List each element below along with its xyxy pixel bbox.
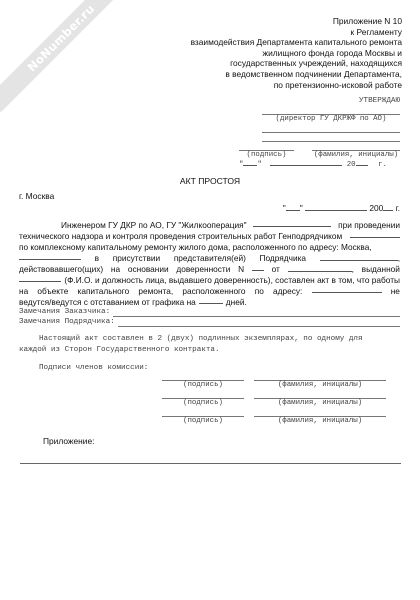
approver-position-caption: (директор ГУ ДКРЖФ по АО) [262,115,400,124]
body-text: технического надзора и контроля проведен… [19,231,342,242]
member-signature-field[interactable]: (подпись) [162,380,244,390]
body-text: выданной [362,264,400,275]
document-title: АКТ ПРОСТОЯ [0,176,420,186]
customer-remarks-field[interactable] [113,309,400,317]
delay-days-field[interactable] [199,297,223,304]
appendix-line: жилищного фонда города Москвы и [102,48,402,59]
act-year-suffix: г. [396,203,400,213]
member-signature-field[interactable]: (подпись) [162,398,244,408]
body-text: при проведении [338,220,400,231]
body-text: присутствии [113,253,160,264]
member-signature-field[interactable]: (подпись) [162,416,244,426]
inspector-name-field[interactable] [253,220,331,227]
body-text: по [255,286,264,297]
approval-title: УТВЕРЖДАЮ [262,96,400,106]
member-name-field[interactable]: (фамилия, инициалы) [254,380,386,390]
approval-day-field[interactable] [243,159,257,166]
body-text: (Ф.И.О. и должность лица, выдавшего дове… [64,275,400,286]
appendix-line: взаимодействия Департамента капитального… [102,37,402,48]
approver-extra-field-1[interactable] [262,124,400,133]
body-text: основании [128,264,169,275]
body-text: Инженером ГУ ДКР по АО, ГУ "Жилкоопераци… [61,220,247,231]
body-text: расположенного [182,286,245,297]
customer-remarks-label: Замечания Заказчика: [19,307,110,317]
body-text: от [272,264,280,275]
act-month-field[interactable] [305,204,367,211]
power-of-attorney-date-field[interactable] [288,265,352,272]
approval-year-suffix: г. [378,161,387,169]
approver-extra-field-2[interactable] [262,133,400,142]
body-text: в [95,253,99,264]
document-date: "" 200 г. [283,203,400,213]
copies-line: Настоящий акт составлен в 2 (двух) подли… [19,334,400,345]
approval-block: УТВЕРЖДАЮ (директор ГУ ДКРЖФ по АО) [262,96,400,142]
contractor-rep-field[interactable] [320,254,398,261]
approval-year-field[interactable] [356,159,368,166]
customer-remarks-row: Замечания Заказчика: [19,307,400,317]
attachment-label: Приложение: [43,436,94,446]
body-text: Подрядчика [260,253,306,264]
document-city: г. Москва [19,191,54,201]
remarks-block: Замечания Заказчика: Замечания Подрядчик… [19,307,400,327]
quote-close: " [300,203,303,213]
act-year-field[interactable] [383,204,393,211]
copies-statement: Настоящий акт составлен в 2 (двух) подли… [19,334,400,356]
member-signature-row: (подпись) (фамилия, инициалы) [162,380,386,398]
appendix-header: Приложение N 10 к Регламенту взаимодейст… [102,16,402,90]
body-text: действовавшего(щих) [19,264,103,275]
body-text: на [111,264,120,275]
contractor-remarks-field[interactable] [118,319,400,327]
contractor-remarks-row: Замечания Подрядчика: [19,317,400,327]
issuer-name-field[interactable] [19,275,61,282]
approval-signature-row: (подпись) (фамилия, инициалы) "" 20 г. [239,150,400,170]
object-address-field[interactable] [312,286,382,293]
approval-date: "" 20 г. [239,159,400,170]
general-contractor-field[interactable] [350,231,400,238]
appendix-line: Приложение N 10 [102,16,402,27]
power-of-attorney-number-field[interactable] [252,264,264,271]
address-field[interactable] [19,253,81,260]
body-text: капитального [78,286,130,297]
body-text: по комплексному капитальному ремонту жил… [19,242,372,253]
body-text: адресу: [273,286,302,297]
act-year-prefix: 200 [369,203,383,213]
member-signature-row: (подпись) (фамилия, инициалы) [162,398,386,416]
attachment-line[interactable] [20,463,401,464]
member-name-field[interactable]: (фамилия, инициалы) [254,416,386,426]
appendix-line: по претензионно-исковой работе [102,80,402,91]
body-text: ремонта, [138,286,173,297]
body-text: на [19,286,28,297]
appendix-line: к Регламенту [102,27,402,38]
copies-line: каждой из Сторон Государственного контра… [19,346,220,354]
quote-close: " [257,161,261,169]
body-text: представителя(ей) [174,253,246,264]
member-signature-row: (подпись) (фамилия, инициалы) [162,416,386,434]
contractor-remarks-label: Замечания Подрядчика: [19,317,115,327]
appendix-line: государственных учреждений, находящихся [102,58,402,69]
body-text: доверенности [176,264,230,275]
act-day-field[interactable] [286,204,300,211]
act-body: Инженером ГУ ДКР по АО, ГУ "Жилкоопераци… [19,220,400,308]
member-name-field[interactable]: (фамилия, инициалы) [254,398,386,408]
approval-year-prefix: 20 [347,161,356,169]
body-text: объекте [37,286,68,297]
appendix-line: в ведомственном подчинении Департамента, [102,69,402,80]
approval-month-field[interactable] [270,159,342,166]
commission-label: Подписи членов комиссии: [39,364,148,372]
approver-position-field[interactable] [262,106,400,115]
body-text: не [391,286,400,297]
commission-members: (подпись) (фамилия, инициалы) (подпись) … [162,380,386,434]
body-text: N [238,264,244,275]
